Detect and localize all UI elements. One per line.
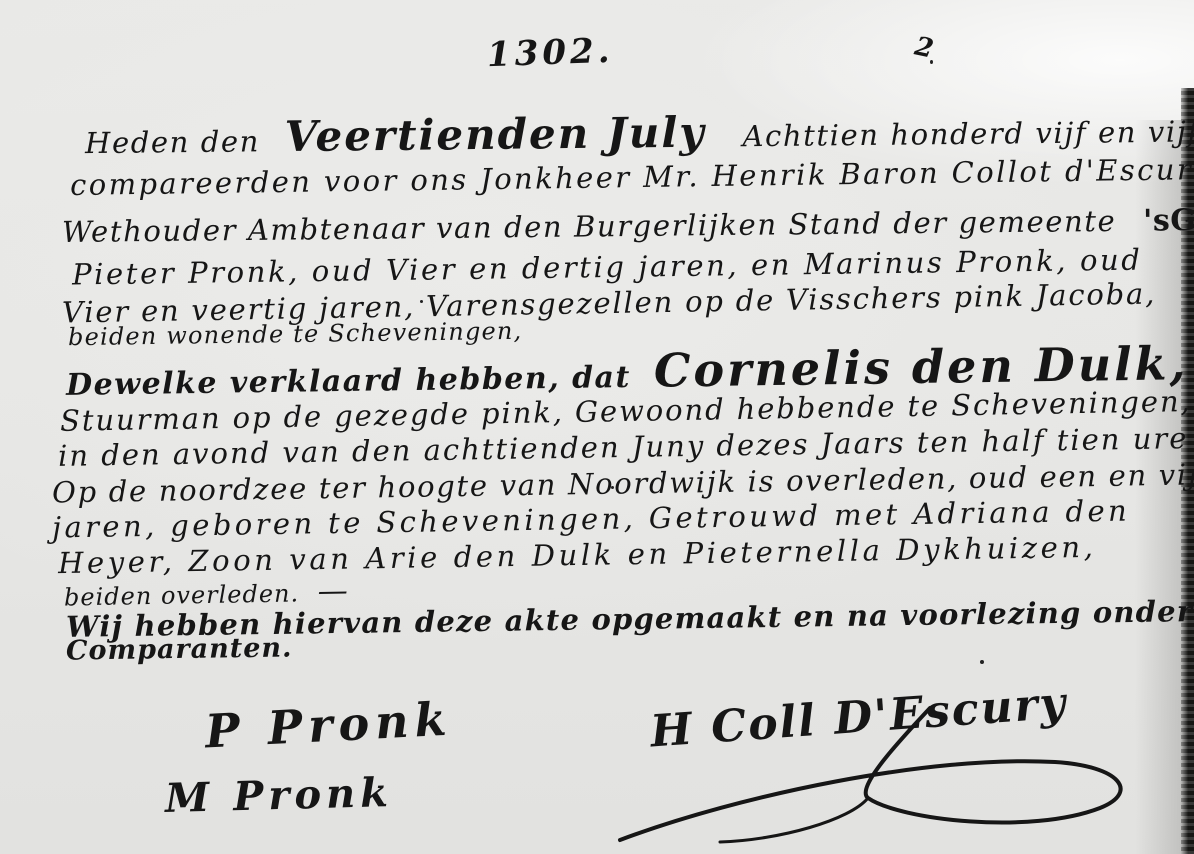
line1-year: Achttien honderd vijf en vijftig,	[742, 114, 1194, 153]
line1-date-handwritten: Veertienden July	[284, 108, 705, 161]
line3-officer-title: Wethouder Ambtenaar van den Burgerlijken…	[62, 204, 1117, 249]
ink-speck	[420, 300, 423, 303]
line13-flourish-dash: —	[317, 574, 349, 610]
line1-heden-den: Heden den	[85, 124, 260, 160]
line3-municipality-blackletter: 'sGravenhage:	[1143, 201, 1194, 239]
act-number: 1302.	[486, 31, 614, 75]
signature-declarant-2: M Pronk	[164, 769, 393, 822]
text-line-3: Wethouder Ambtenaar van den Burgerlijken…	[62, 201, 1194, 250]
ink-speck	[980, 660, 984, 664]
ink-speck	[611, 486, 614, 489]
signature-declarant-1: P Pronk	[204, 692, 454, 759]
ink-speck	[930, 60, 933, 64]
text-line-15: Comparanten.	[66, 632, 293, 666]
signature-flourish	[600, 700, 1160, 854]
death-record-scan-page: 1302. 2 Heden den Veertienden July Achtt…	[0, 0, 1194, 854]
